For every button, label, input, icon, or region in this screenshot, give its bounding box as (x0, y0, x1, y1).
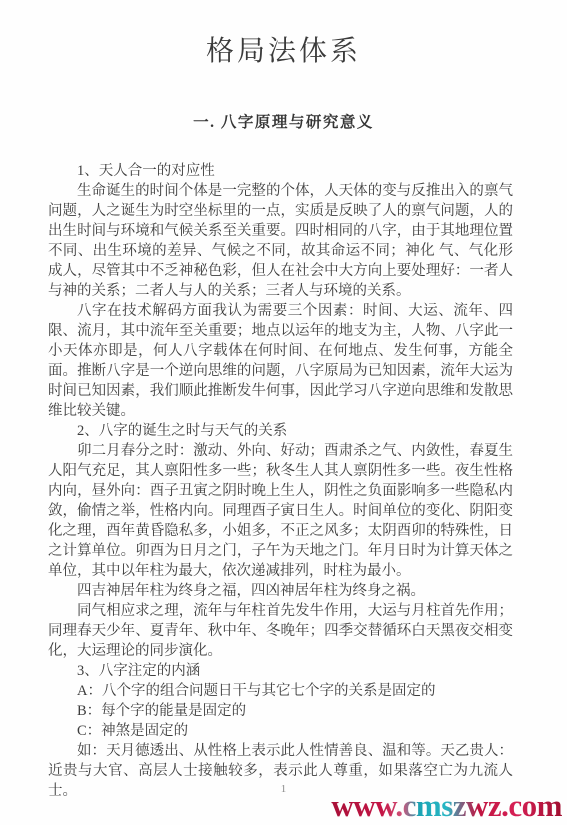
page-title: 格局法体系 (0, 0, 567, 69)
paragraph: 八字在技术解码方面我认为需要三个因素：时间、大运、流年、四限、流月，其中流年至关… (48, 301, 513, 421)
paragraph: 四吉神居年柱为终身之福，四凶神居年柱为终身之祸。 (48, 581, 513, 601)
list-item: A：八个字的组合问题日干与其它七个字的关系是固定的 (48, 681, 513, 701)
subheading: 3、八字注定的内涵 (48, 661, 513, 681)
section-heading: 一. 八字原理与研究意义 (0, 110, 567, 132)
paragraph: 生命诞生的时间个体是一完整的个体，人天体的变与反推出入的禀气问题，人之诞生为时空… (48, 181, 513, 301)
document-body: 1、天人合一的对应性 生命诞生的时间个体是一完整的个体，人天体的变与反推出入的禀… (48, 161, 513, 801)
paragraph: 卯二月春分之时：激动、外向、好动；酉肃杀之气、内敛性，春夏生人阳气充足，其人禀阳… (48, 441, 513, 581)
watermark: www.cmszwz.com (331, 788, 562, 824)
document-page: 格局法体系 一. 八字原理与研究意义 1、天人合一的对应性 生命诞生的时间个体是… (0, 0, 567, 825)
subheading: 1、天人合一的对应性 (48, 161, 513, 181)
paragraph: 同气相应求之理，流年与年柱首先发牛作用，大运与月柱首先作用；同理春天少年、夏青年… (48, 601, 513, 661)
subheading: 2、八字的诞生之时与天气的关系 (48, 421, 513, 441)
list-item: B：每个字的能量是固定的 (48, 701, 513, 721)
list-item: C：神煞是固定的 (48, 721, 513, 741)
